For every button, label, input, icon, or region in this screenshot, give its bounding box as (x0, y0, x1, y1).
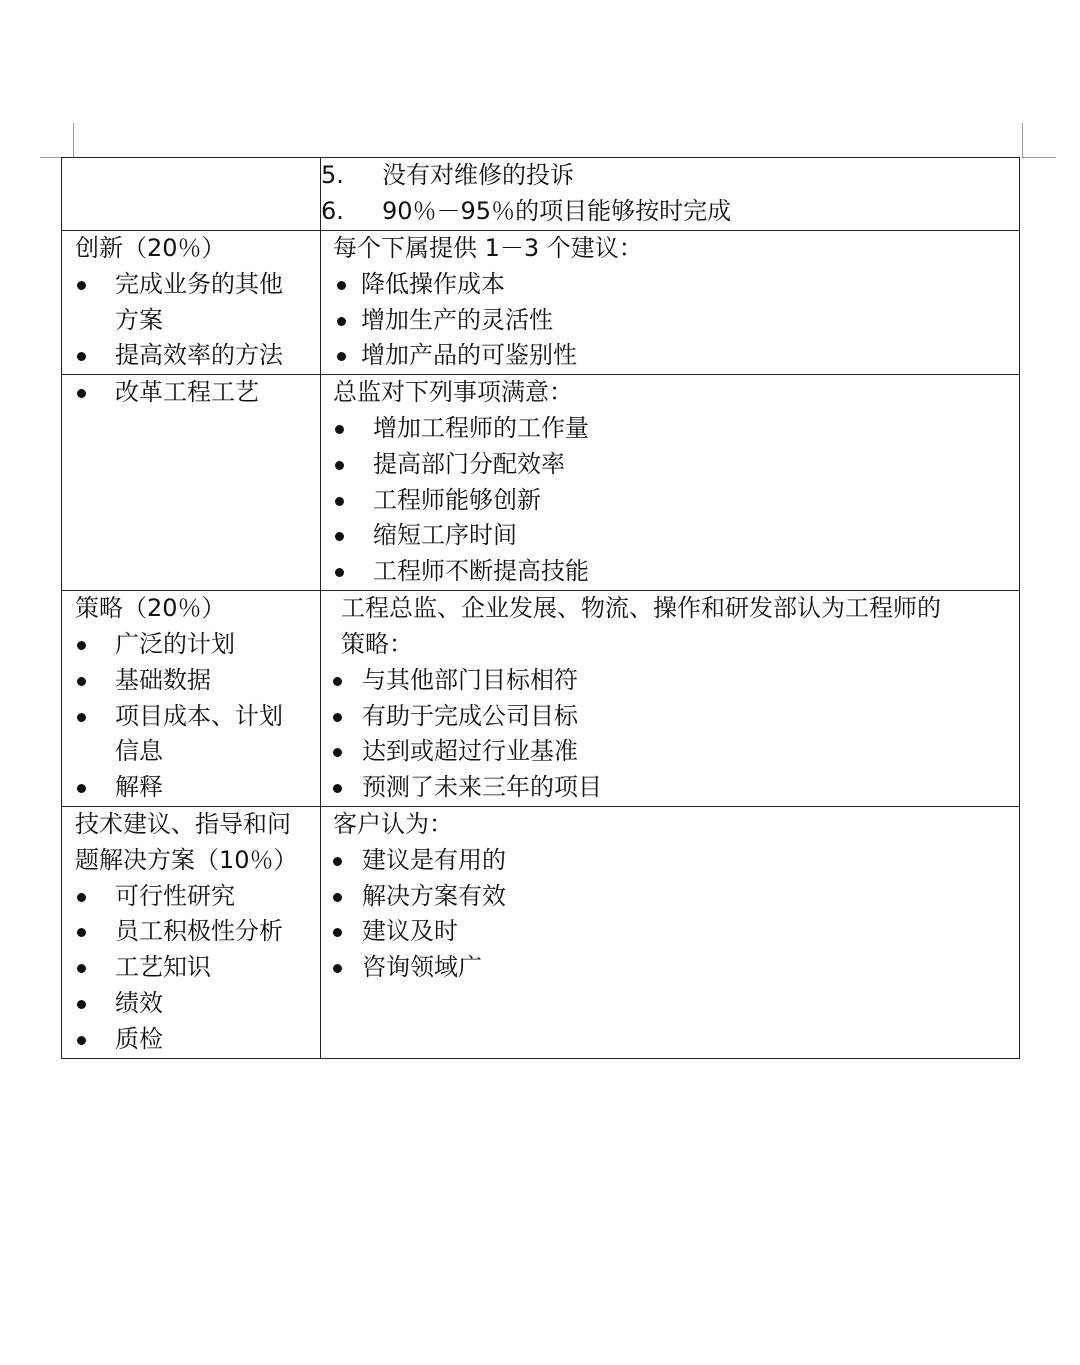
category-heading: 策略（20％） (75, 591, 312, 627)
category-heading: 创新（20％） (75, 231, 312, 267)
list-item: 与其他部门目标相符 (333, 663, 1011, 699)
table-row: 5. 没有对维修的投诉 6. 90％－95％的项目能够按时完成 (62, 158, 1020, 231)
item-text: 90％－95％的项目能够按时完成 (382, 194, 1011, 230)
list-item: 绩效 (75, 986, 312, 1022)
category-cell: 创新（20％） 完成业务的其他 方案 提高效率的方法 (62, 231, 321, 375)
list-item: 预测了未来三年的项目 (333, 770, 1011, 806)
criteria-intro: 工程总监、企业发展、物流、操作和研发部认为工程师的 (341, 591, 1011, 627)
item-text: 工艺知识 (115, 950, 312, 986)
category-cell: 策略（20％） 广泛的计划 基础数据 项目成本、计划 信息 解释 (62, 591, 321, 807)
item-text: 增加产品的可鉴别性 (361, 338, 1011, 374)
item-text: 与其他部门目标相符 (362, 663, 1011, 699)
item-text: 质检 (115, 1022, 312, 1058)
list-item: 咨询领域广 (333, 950, 1011, 986)
crop-mark-top-right-horizontal (1022, 157, 1056, 158)
item-text: 可行性研究 (115, 879, 312, 915)
list-item: 工艺知识 (75, 950, 312, 986)
list-item: 改革工程工艺 (75, 375, 312, 411)
item-number: 5. (321, 158, 382, 194)
list-item: 工程师不断提高技能 (333, 554, 1011, 590)
table-row: 策略（20％） 广泛的计划 基础数据 项目成本、计划 信息 解释 (62, 591, 1020, 807)
list-item: 增加工程师的工作量 (333, 411, 1011, 447)
list-item: 员工积极性分析 (75, 914, 312, 950)
item-text: 改革工程工艺 (115, 375, 312, 411)
item-text: 降低操作成本 (361, 267, 1011, 303)
category-heading: 题解决方案（10％） (75, 843, 312, 879)
list-item: 工程师能够创新 (333, 483, 1011, 519)
category-heading: 技术建议、指导和问 (75, 807, 312, 843)
list-item: 有助于完成公司目标 (333, 699, 1011, 735)
item-text: 完成业务的其他 (115, 267, 312, 303)
numbered-item: 6. 90％－95％的项目能够按时完成 (321, 194, 1011, 230)
table-row: 改革工程工艺 总监对下列事项满意： 增加工程师的工作量 提高部门分配效率 工程师… (62, 375, 1020, 591)
criteria-intro: 每个下属提供 1－3 个建议： (333, 231, 1011, 267)
list-item: 建议及时 (333, 914, 1011, 950)
list-item: 广泛的计划 (75, 627, 312, 663)
list-item: 基础数据 (75, 663, 312, 699)
criteria-cell: 每个下属提供 1－3 个建议： 降低操作成本 增加生产的灵活性 增加产品的可鉴别… (321, 231, 1020, 375)
criteria-cell: 5. 没有对维修的投诉 6. 90％－95％的项目能够按时完成 (321, 158, 1020, 231)
crop-mark-top-left-vertical (73, 123, 74, 157)
list-item: 完成业务的其他 方案 (75, 267, 312, 339)
item-text: 建议是有用的 (362, 843, 1011, 879)
list-item: 解决方案有效 (333, 879, 1011, 915)
list-item: 提高效率的方法 (75, 338, 312, 374)
category-cell (62, 158, 321, 231)
category-cell: 改革工程工艺 (62, 375, 321, 591)
item-text: 没有对维修的投诉 (382, 158, 1011, 194)
item-text: 建议及时 (362, 914, 1011, 950)
item-text: 绩效 (115, 986, 312, 1022)
criteria-cell: 工程总监、企业发展、物流、操作和研发部认为工程师的 策略： 与其他部门目标相符 … (321, 591, 1020, 807)
list-item: 增加生产的灵活性 (333, 303, 1011, 339)
criteria-intro: 总监对下列事项满意： (333, 375, 1011, 411)
criteria-cell: 总监对下列事项满意： 增加工程师的工作量 提高部门分配效率 工程师能够创新 缩短… (321, 375, 1020, 591)
list-item: 可行性研究 (75, 879, 312, 915)
item-text: 方案 (115, 303, 312, 339)
criteria-intro: 客户认为： (333, 807, 1011, 843)
item-text: 咨询领域广 (362, 950, 1011, 986)
list-item: 解释 (75, 770, 312, 806)
category-cell: 技术建议、指导和问 题解决方案（10％） 可行性研究 员工积极性分析 工艺知识 … (62, 806, 321, 1058)
item-text: 预测了未来三年的项目 (362, 770, 1011, 806)
list-item: 项目成本、计划 信息 (75, 699, 312, 771)
list-item: 增加产品的可鉴别性 (333, 338, 1011, 374)
item-text: 项目成本、计划 (115, 699, 312, 735)
item-text: 提高部门分配效率 (373, 447, 1011, 483)
crop-mark-top-right-vertical (1022, 123, 1023, 157)
list-item: 提高部门分配效率 (333, 447, 1011, 483)
item-text: 员工积极性分析 (115, 914, 312, 950)
item-number: 6. (321, 194, 382, 230)
item-text: 解决方案有效 (362, 879, 1011, 915)
item-text: 缩短工序时间 (373, 518, 1011, 554)
item-text: 基础数据 (115, 663, 312, 699)
list-item: 质检 (75, 1022, 312, 1058)
item-text: 广泛的计划 (115, 627, 312, 663)
table-row: 创新（20％） 完成业务的其他 方案 提高效率的方法 每个下属提供 1－3 个建… (62, 231, 1020, 375)
item-text: 工程师能够创新 (373, 483, 1011, 519)
item-text: 增加工程师的工作量 (373, 411, 1011, 447)
criteria-cell: 客户认为： 建议是有用的 解决方案有效 建议及时 咨询领域广 (321, 806, 1020, 1058)
list-item: 达到或超过行业基准 (333, 734, 1011, 770)
item-text: 提高效率的方法 (115, 338, 312, 374)
item-text: 解释 (115, 770, 312, 806)
criteria-intro: 策略： (341, 627, 1011, 663)
item-text: 有助于完成公司目标 (362, 699, 1011, 735)
item-text: 增加生产的灵活性 (361, 303, 1011, 339)
numbered-item: 5. 没有对维修的投诉 (321, 158, 1011, 194)
performance-criteria-table: 5. 没有对维修的投诉 6. 90％－95％的项目能够按时完成 创新（20％） … (61, 157, 1020, 1059)
item-text: 信息 (115, 734, 312, 770)
item-text: 达到或超过行业基准 (362, 734, 1011, 770)
list-item: 缩短工序时间 (333, 518, 1011, 554)
item-text: 工程师不断提高技能 (373, 554, 1011, 590)
list-item: 建议是有用的 (333, 843, 1011, 879)
list-item: 降低操作成本 (333, 267, 1011, 303)
table-row: 技术建议、指导和问 题解决方案（10％） 可行性研究 员工积极性分析 工艺知识 … (62, 806, 1020, 1058)
